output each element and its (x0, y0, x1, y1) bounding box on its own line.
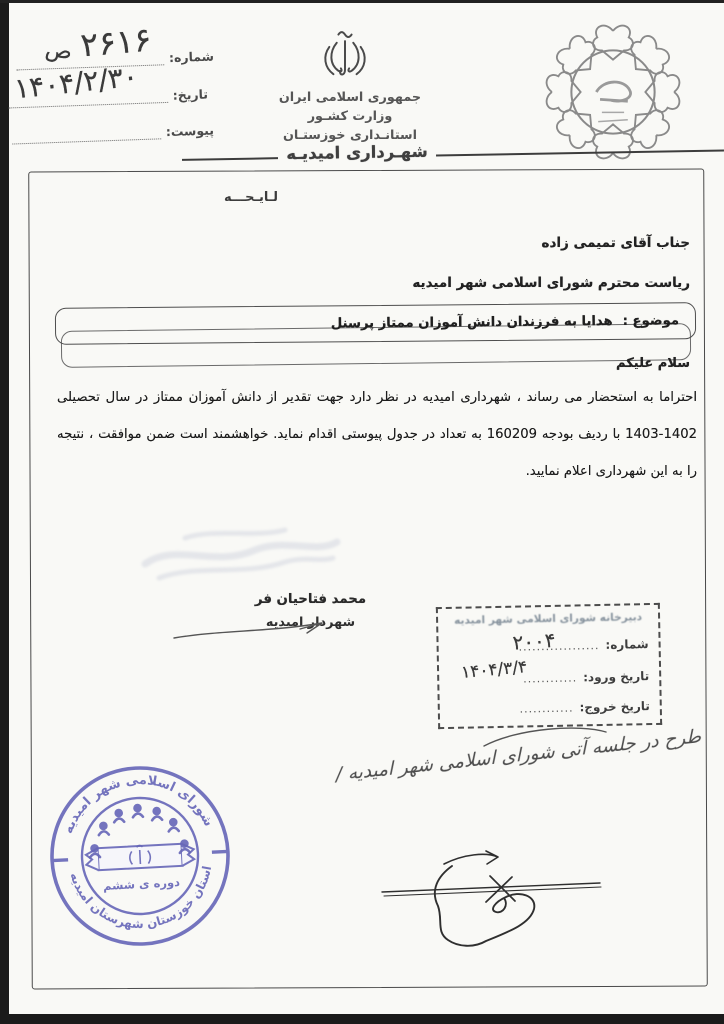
scan-edge-bottom (0, 1014, 724, 1024)
scanned-letter-page: { "meta": { "number_label": "شماره:", "n… (0, 0, 724, 1024)
faint-stamp-smudge (135, 512, 345, 597)
registry-number-value: ۲۰۰۴ (512, 628, 557, 655)
meta-attachment-row: پیوست: (12, 122, 214, 144)
meta-date-label: تاریخ: (172, 87, 208, 103)
mayor-signature (372, 840, 612, 970)
recipient-position: ریاست محترم شورای اسلامی شهر امیدیه (412, 275, 690, 291)
meta-attachment-label: پیوست: (166, 122, 215, 139)
org-lines: جمهوری اسلامی ایران وزارت کشـور استانـدا… (253, 88, 447, 145)
registry-entry-label: تاریخ ورود: (583, 669, 649, 684)
iran-emblem-icon (312, 24, 378, 88)
council-stamp-term: دوره ی ششم (103, 875, 181, 894)
recipient-addressee: جناب آقای تمیمی زاده (541, 235, 690, 251)
registry-header: دبیرخانه شورای اسلامی شهر امیدیه (438, 611, 658, 627)
svg-text:شورای اسلامی شهر امیدیه: شورای اسلامی شهر امیدیه (58, 769, 216, 837)
meta-number-label: شماره: (169, 49, 214, 66)
meta-attachment-dotline (12, 125, 161, 144)
signer-name: محمد فتاحیان فر (233, 592, 388, 607)
registry-exit-dots: ............ (519, 702, 573, 716)
scan-edge-top (0, 0, 724, 3)
org-ministry: وزارت کشـور (253, 107, 447, 126)
scan-edge-left (0, 0, 9, 1024)
subject-label: موضوع : (623, 313, 679, 328)
council-stamp-ring-top: شورای اسلامی شهر امیدیه (58, 769, 216, 837)
municipality-band-title: شهـرداری امیدیـه (278, 142, 436, 164)
council-round-stamp: شورای اسلامی شهر امیدیه استان خوزستان شه… (39, 755, 241, 957)
municipality-logo-icon (538, 18, 688, 166)
registry-stamp-box: دبیرخانه شورای اسلامی شهر امیدیه شماره: … (436, 603, 662, 729)
subject-box: موضوع : هدایا به فرزندان دانش آموزان ممت… (55, 302, 696, 345)
registry-exit-row: تاریخ خروج: ............ (450, 699, 650, 717)
signer-flourish-stroke (168, 612, 333, 646)
org-country: جمهوری اسلامی ایران (253, 88, 447, 107)
handwritten-number-flourish: ص (44, 36, 74, 65)
registry-exit-label: تاریخ خروج: (579, 699, 650, 714)
registry-number-label: شماره: (605, 637, 648, 652)
handwritten-number-value: ۲۶۱۶ (79, 19, 153, 64)
letter-body: احتراما به استحضار می رساند ، شهرداری ام… (57, 379, 697, 490)
subject-text: هدایا به فرزندان دانش آموزان ممتاز پرسنل (331, 314, 613, 331)
band-dash-left (182, 157, 278, 161)
registry-entry-dots: ............ (523, 671, 577, 685)
greeting-line: سلام علیکم (616, 356, 690, 371)
